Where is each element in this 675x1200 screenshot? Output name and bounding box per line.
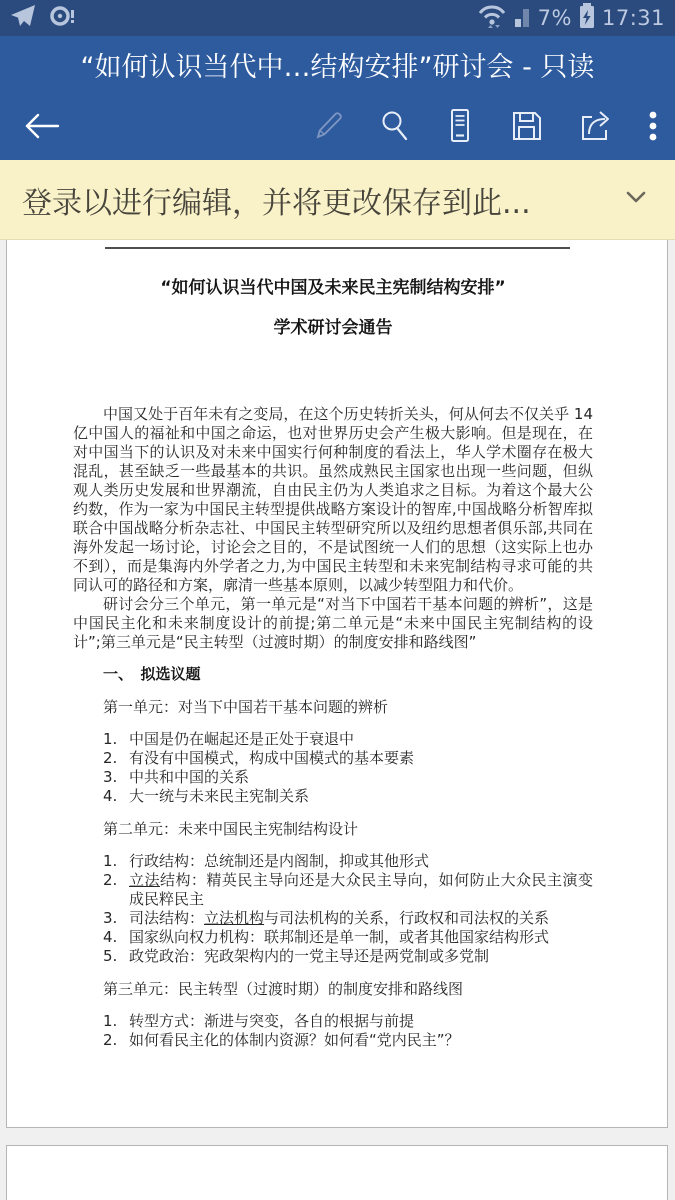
list-number: 2. [103,749,129,768]
document-title: “如何认识当代中…结构安排”研讨会 - 只读 [81,45,595,84]
save-button[interactable] [509,108,545,144]
doc-heading-line2: 学术研讨会通告 [73,317,593,339]
list-item: 1.中国是仍在崛起还是正处于衰退中 [103,730,593,749]
list-text: 政党政治：宪政架构内的一党主导还是两党制或多党制 [129,947,593,966]
battery-percent: 7% [538,6,572,30]
list-text: 司法结构：立法机构与司法机构的关系，行政权和司法权的关系 [129,909,593,928]
sign-in-banner-text: 登录以进行编辑，并将更改保存到此... [22,178,621,222]
mobile-view-button[interactable] [443,107,477,145]
list-text: 立法结构：精英民主导向还是大众民主导向，如何防止大众民主演变成民粹民主 [129,871,593,909]
search-icon [377,108,411,144]
header-rule [105,247,570,249]
list-text: 中国是仍在崛起还是正处于衰退中 [129,730,593,749]
list-number: 5. [103,947,129,966]
app-title-bar: “如何认识当代中…结构安排”研讨会 - 只读 [0,36,675,92]
battery-charging-icon [578,2,596,34]
status-bar: 7% 17:31 [0,0,675,36]
list-text: 大一统与未来民主宪制关系 [129,787,593,806]
list-number: 2. [103,1031,129,1050]
telegram-icon [10,4,36,32]
clock: 17:31 [602,6,665,30]
save-icon [509,108,545,144]
share-icon [577,108,615,144]
document-page-1[interactable]: “如何认识当代中国及未来民主宪制结构安排” 学术研讨会通告 中国又处于百年未有之… [6,240,668,1128]
overflow-menu-button[interactable] [647,108,659,144]
list-item: 3.司法结构：立法机构与司法机构的关系，行政权和司法权的关系 [103,909,593,928]
disc-notification-icon [48,4,78,32]
document-canvas[interactable]: “如何认识当代中国及未来民主宪制结构安排” 学术研讨会通告 中国又处于百年未有之… [0,240,675,1199]
list-item: 1.转型方式：渐进与突变，各自的根据与前提 [103,1012,593,1031]
mobile-view-icon [443,107,477,145]
sign-in-banner[interactable]: 登录以进行编辑，并将更改保存到此... [0,160,675,240]
list-item: 5.政党政治：宪政架构内的一党主导还是两党制或多党制 [103,947,593,966]
list-item: 2.立法结构：精英民主导向还是大众民主导向，如何防止大众民主演变成民粹民主 [103,871,593,909]
list-number: 3. [103,768,129,787]
underlined-text: 立法机构 [204,909,264,927]
unit-3-list: 1.转型方式：渐进与突变，各自的根据与前提 2.如何看民主化的体制内资源？如何看… [103,1012,593,1050]
signal-icon [514,3,532,33]
doc-heading-line1: “如何认识当代中国及未来民主宪制结构安排” [73,277,593,299]
chevron-down-icon[interactable] [621,188,651,212]
list-text: 如何看民主化的体制内资源？如何看“党内民主”？ [129,1031,593,1050]
list-text: 行政结构：总统制还是内阁制，抑或其他形式 [129,852,593,871]
edit-button[interactable] [311,108,345,144]
unit-2-list: 1.行政结构：总统制还是内阁制，抑或其他形式 2.立法结构：精英民主导向还是大众… [103,852,593,966]
list-text: 转型方式：渐进与突变，各自的根据与前提 [129,1012,593,1031]
unit-1-heading: 第一单元：对当下中国若干基本问题的辨析 [103,698,593,717]
list-number: 1. [103,852,129,871]
doc-paragraphs: 中国又处于百年未有之变局，在这个历史转折关头，何从何去不仅关乎 14 亿中国人的… [73,405,593,652]
edit-pencil-icon [311,108,345,144]
list-item: 4.大一统与未来民主宪制关系 [103,787,593,806]
list-number: 1. [103,730,129,749]
list-item: 4.国家纵向权力机构：联邦制还是单一制，或者其他国家结构形式 [103,928,593,947]
doc-paragraph-2: 研讨会分三个单元，第一单元是“对当下中国若干基本问题的辨析”，这是中国民主化和未… [73,595,593,652]
list-text: 有没有中国模式，构成中国模式的基本要素 [129,749,593,768]
list-number: 2. [103,871,129,909]
list-text: 中共和中国的关系 [129,768,593,787]
list-number: 1. [103,1012,129,1031]
list-number: 3. [103,909,129,928]
doc-paragraph-1: 中国又处于百年未有之变局，在这个历史转折关头，何从何去不仅关乎 14 亿中国人的… [73,405,593,595]
status-bar-notifications [10,4,78,32]
list-item: 2.如何看民主化的体制内资源？如何看“党内民主”？ [103,1031,593,1050]
document-page-2[interactable] [6,1145,668,1200]
list-number: 4. [103,787,129,806]
section-1-heading: 一、 拟选议题 [103,665,593,684]
list-number: 4. [103,928,129,947]
share-button[interactable] [577,108,615,144]
overflow-menu-icon [647,108,659,144]
list-item: 3.中共和中国的关系 [103,768,593,787]
underlined-text: 立法 [129,871,160,889]
back-button[interactable] [20,110,62,142]
back-arrow-icon [20,110,62,142]
toolbar [0,92,675,160]
list-item: 1.行政结构：总统制还是内阁制，抑或其他形式 [103,852,593,871]
unit-2-heading: 第二单元：未来中国民主宪制结构设计 [103,820,593,839]
search-button[interactable] [377,108,411,144]
list-item: 2.有没有中国模式，构成中国模式的基本要素 [103,749,593,768]
unit-3-heading: 第三单元：民主转型（过渡时期）的制度安排和路线图 [103,980,593,999]
wifi-icon [476,3,508,33]
list-text: 国家纵向权力机构：联邦制还是单一制，或者其他国家结构形式 [129,928,593,947]
unit-1-list: 1.中国是仍在崛起还是正处于衰退中 2.有没有中国模式，构成中国模式的基本要素 … [103,730,593,806]
